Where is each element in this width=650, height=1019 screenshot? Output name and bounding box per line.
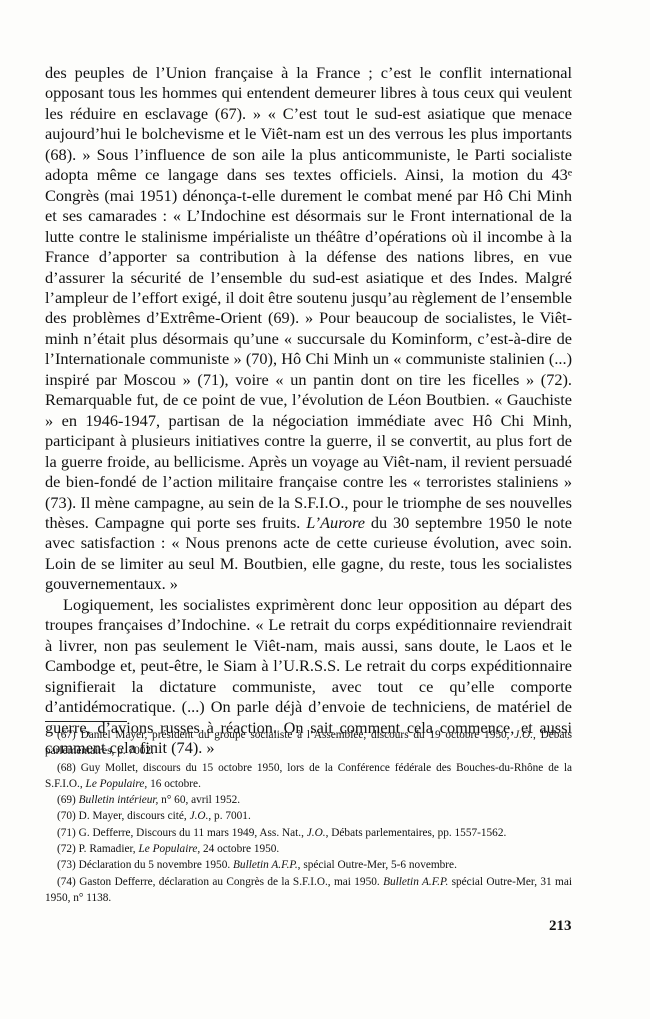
footnote-rule [45, 721, 127, 722]
footnote-italic: Bulletin A.F.P. [383, 876, 448, 888]
footnote-text: , p. 7001. [208, 810, 250, 822]
footnote-italic: Bulletin A.F.P. [233, 859, 298, 871]
footnote-number: (74) [57, 876, 76, 888]
footnote-73: (73) Déclaration du 5 novembre 1950. Bul… [45, 857, 572, 873]
footnote-74: (74) Gaston Defferre, déclaration au Con… [45, 874, 572, 907]
footnote-text: 16 octobre. [147, 778, 201, 790]
footnote-number: (71) [57, 827, 76, 839]
footnote-text: , spécial Outre-Mer, 5-6 novembre. [298, 859, 457, 871]
footnote-italic: J.O. [190, 810, 209, 822]
page-body: des peuples de l’Union française à la Fr… [45, 63, 572, 758]
footnote-italic: J.O. [307, 827, 326, 839]
footnote-67: (67) Daniel Mayer, président du groupe s… [45, 727, 572, 760]
footnote-69: (69) Bulletin intérieur, n° 60, avril 19… [45, 792, 572, 808]
footnote-72: (72) P. Ramadier, Le Populaire, 24 octob… [45, 841, 572, 857]
footnote-text: Gaston Defferre, déclaration au Congrès … [79, 876, 383, 888]
footnote-number: (68) [57, 762, 76, 774]
footnote-italic: Le Populaire, [86, 778, 148, 790]
footnote-number: (70) [57, 810, 76, 822]
footnote-text: G. Defferre, Discours du 11 mars 1949, A… [79, 827, 307, 839]
footnote-text: P. Ramadier, [79, 843, 139, 855]
footnote-68: (68) Guy Mollet, discours du 15 octobre … [45, 760, 572, 793]
aurore-title: L’Aurore [306, 513, 365, 532]
footnote-text: 24 octobre 1950. [200, 843, 279, 855]
footnote-text: Daniel Mayer, président du groupe social… [81, 729, 515, 741]
footnote-number: (67) [57, 729, 76, 741]
footnote-italic: Le Populaire, [138, 843, 200, 855]
footnote-text: n° 60, avril 1952. [158, 794, 240, 806]
footnote-text: D. Mayer, discours cité, [79, 810, 190, 822]
footnote-number: (72) [57, 843, 76, 855]
paragraph-1: des peuples de l’Union française à la Fr… [45, 63, 572, 595]
footnote-number: (69) [57, 794, 76, 806]
footnote-number: (73) [57, 859, 76, 871]
body-text: des peuples de l’Union française à la Fr… [45, 63, 572, 758]
footnote-71: (71) G. Defferre, Discours du 11 mars 19… [45, 825, 572, 841]
footnote-text: Déclaration du 5 novembre 1950. [79, 859, 233, 871]
footnote-70: (70) D. Mayer, discours cité, J.O., p. 7… [45, 808, 572, 824]
footnotes: (67) Daniel Mayer, président du groupe s… [45, 727, 572, 906]
paragraph-1-text: des peuples de l’Union française à la Fr… [45, 63, 572, 532]
page-number: 213 [549, 918, 572, 935]
footnote-italic: Bulletin intérieur, [79, 794, 159, 806]
footnote-italic: J.O. [514, 729, 533, 741]
footnote-text: , Débats parlementaires, pp. 1557-1562. [326, 827, 507, 839]
